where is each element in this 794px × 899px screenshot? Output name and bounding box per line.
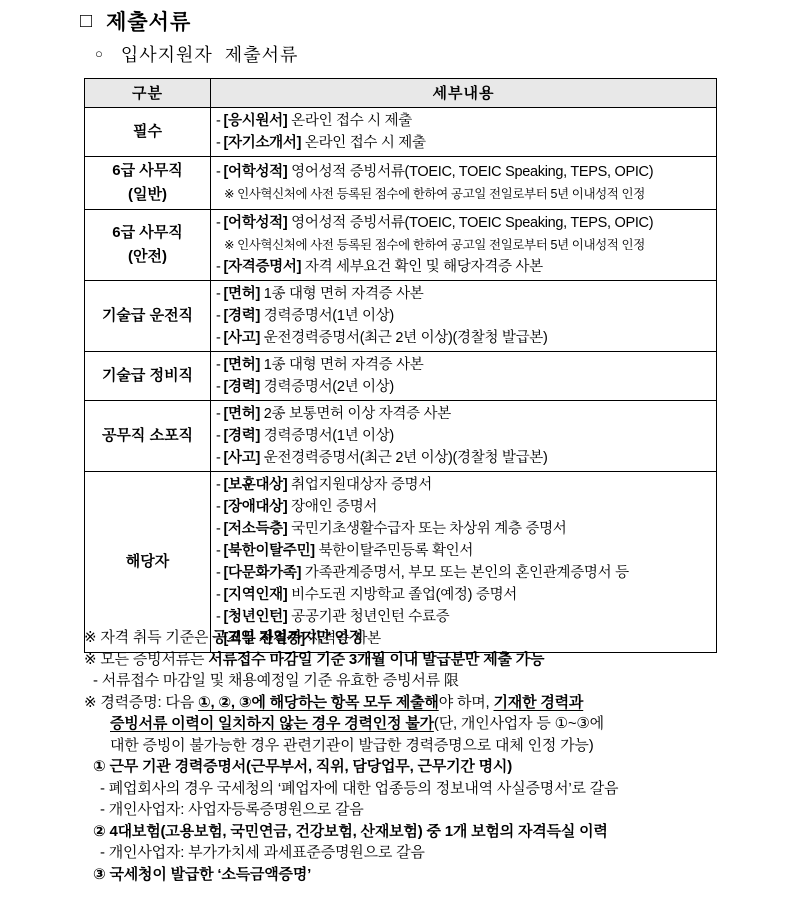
category-label: 공무직 소포직 (85, 424, 210, 448)
item-marker: - (216, 164, 224, 180)
document-page: □ 제출서류 ○ 입사지원자 제출서류 구분 세부내용 필수-[응시원서] 온라… (0, 0, 794, 899)
category-cell: 필수 (85, 108, 211, 157)
note-segment: ② 4대보험(고용보험, 국민연금, 건강보험, 산재보험) 중 1개 보험의 … (93, 823, 608, 840)
detail-item: -[어학성적] 영어성적 증빙서류(TOEIC, TOEIC Speaking,… (216, 212, 713, 234)
note-segment: 대한 증빙이 불가능한 경우 관련기관이 발급한 경력증명으로 대체 인정 가능… (110, 737, 594, 754)
note-segment: - 폐업회사의 경우 국세청의 ‘폐업자에 대한 업종등의 정보내역 사실증명서… (100, 780, 618, 797)
category-cell: 6급 사무직(일반) (85, 157, 211, 210)
category-cell: 공무직 소포직 (85, 401, 211, 472)
note-line: ※ 경력증명: 다음 ①, ②, ③에 해당하는 항목 모두 제출해야 하며, … (84, 692, 784, 714)
item-label: [면허] (224, 406, 260, 422)
note-line: ① 근무 기관 경력증명서(근무부서, 직위, 담당업무, 근무기간 명시) (84, 756, 784, 778)
details-cell: -[어학성적] 영어성적 증빙서류(TOEIC, TOEIC Speaking,… (211, 210, 717, 281)
category-label: (일반) (85, 183, 210, 207)
item-marker: - (216, 215, 224, 231)
note-segment: 야 하며, (439, 694, 494, 711)
item-text: 취업지원대상자 증명서 (291, 477, 432, 493)
detail-item: -[자격증명서] 자격 세부요건 확인 및 해당자격증 사본 (216, 256, 713, 278)
item-marker: - (216, 135, 224, 151)
table-row: 해당자-[보훈대상] 취업지원대상자 증명서-[장애대상] 장애인 증명서-[저… (85, 472, 717, 653)
category-label: 해당자 (85, 550, 210, 574)
item-label: [사고] (224, 330, 260, 346)
detail-item: ※인사혁신처에 사전 등록된 점수에 한하여 공고일 전일로부터 5년 이내성적… (216, 234, 713, 256)
category-cell: 해당자 (85, 472, 211, 653)
note-line: 대한 증빙이 불가능한 경우 관련기관이 발급한 경력증명으로 대체 인정 가능… (84, 735, 784, 757)
note-line: - 폐업회사의 경우 국세청의 ‘폐업자에 대한 업종등의 정보내역 사실증명서… (84, 778, 784, 800)
item-marker: - (216, 477, 224, 493)
table-header-row: 구분 세부내용 (85, 79, 717, 108)
column-header-category: 구분 (85, 79, 211, 108)
category-label: 6급 사무직 (85, 159, 210, 183)
item-marker: - (216, 357, 224, 373)
item-label: [면허] (224, 286, 260, 302)
column-header-details: 세부내용 (211, 79, 717, 108)
note-line: - 개인사업자: 부가가치세 과세표준증명원으로 갈음 (84, 842, 784, 864)
item-label: [보훈대상] (224, 477, 288, 493)
note-line: ② 4대보험(고용보험, 국민연금, 건강보험, 산재보험) 중 1개 보험의 … (84, 821, 784, 843)
note-segment: (단, 개인사업자 등 ①~③에 (434, 715, 604, 732)
detail-item: -[면허] 1종 대형 면허 자격증 사본 (216, 283, 713, 305)
detail-item: -[지역인재] 비수도권 지방학교 졸업(예정) 증명서 (216, 584, 713, 606)
note-line: ※ 자격 취득 기준은 공고일 전일까지만 인정 (84, 627, 784, 649)
section-heading: □ 제출서류 (80, 6, 191, 36)
item-marker: - (216, 450, 224, 466)
item-marker: - (216, 609, 224, 625)
detail-item: -[경력] 경력증명서(1년 이상) (216, 425, 713, 447)
item-label: [청년인턴] (224, 609, 288, 625)
note-segment: - 개인사업자: 사업자등록증명원으로 갈음 (100, 801, 364, 818)
detail-item: -[북한이탈주민] 북한이탈주민등록 확인서 (216, 540, 713, 562)
detail-item: -[보훈대상] 취업지원대상자 증명서 (216, 474, 713, 496)
item-label: [북한이탈주민] (224, 543, 315, 559)
item-label: [면허] (224, 357, 260, 373)
item-text: 운전경력증명서(최근 2년 이상)(경찰청 발급본) (264, 450, 548, 466)
category-label: 기술급 운전직 (85, 304, 210, 328)
detail-item: -[경력] 경력증명서(1년 이상) (216, 305, 713, 327)
submission-documents-table: 구분 세부내용 필수-[응시원서] 온라인 접수 시 제출-[자기소개서] 온라… (84, 78, 717, 653)
note-line: - 개인사업자: 사업자등록증명원으로 갈음 (84, 799, 784, 821)
item-marker: - (216, 330, 224, 346)
item-text: 온라인 접수 시 제출 (291, 113, 412, 129)
table-row: 필수-[응시원서] 온라인 접수 시 제출-[자기소개서] 온라인 접수 시 제… (85, 108, 717, 157)
square-bullet-icon: □ (80, 9, 92, 33)
details-cell: -[면허] 2종 보통면허 이상 자격증 사본-[경력] 경력증명서(1년 이상… (211, 401, 717, 472)
item-text: 가족관계증명서, 부모 또는 본인의 혼인관계증명서 등 (305, 565, 629, 581)
note-segment: ③ 국세청이 발급한 ‘소득금액증명’ (93, 866, 311, 883)
category-cell: 6급 사무직(안전) (85, 210, 211, 281)
category-cell: 기술급 정비직 (85, 352, 211, 401)
item-text: 1종 대형 면허 자격증 사본 (264, 286, 424, 302)
note-segment: 기재한 경력과 (494, 694, 584, 711)
item-marker: - (216, 521, 224, 537)
item-text: 장애인 증명서 (291, 499, 377, 515)
item-marker: - (216, 406, 224, 422)
note-segment: ※ 경력증명: 다음 (84, 694, 198, 711)
item-text: 자격 세부요건 확인 및 해당자격증 사본 (305, 259, 543, 275)
note-line: 증빙서류 이력이 일치하지 않는 경우 경력인정 불가(단, 개인사업자 등 ①… (84, 713, 784, 735)
note-segment: 서류접수 마감일 기준 3개월 이내 발급분만 제출 가능 (208, 651, 544, 668)
item-text: 경력증명서(1년 이상) (264, 308, 394, 324)
category-cell: 기술급 운전직 (85, 281, 211, 352)
item-marker: - (216, 565, 224, 581)
item-label: [경력] (224, 379, 260, 395)
details-cell: -[응시원서] 온라인 접수 시 제출-[자기소개서] 온라인 접수 시 제출 (211, 108, 717, 157)
details-cell: -[면허] 1종 대형 면허 자격증 사본-[경력] 경력증명서(2년 이상) (211, 352, 717, 401)
item-text: 경력증명서(1년 이상) (264, 428, 394, 444)
item-marker: - (216, 259, 224, 275)
item-text: 공공기관 청년인턴 수료증 (291, 609, 449, 625)
item-marker: - (216, 428, 224, 444)
item-label: [경력] (224, 308, 260, 324)
table-row: 기술급 정비직-[면허] 1종 대형 면허 자격증 사본-[경력] 경력증명서(… (85, 352, 717, 401)
detail-item: -[장애대상] 장애인 증명서 (216, 496, 713, 518)
detail-item: -[청년인턴] 공공기관 청년인턴 수료증 (216, 606, 713, 628)
page-title: 제출서류 (106, 6, 191, 36)
detail-item: -[응시원서] 온라인 접수 시 제출 (216, 110, 713, 132)
item-text: 영어성적 증빙서류(TOEIC, TOEIC Speaking, TEPS, O… (291, 164, 653, 180)
item-label: [어학성적] (224, 215, 288, 231)
item-text: 영어성적 증빙서류(TOEIC, TOEIC Speaking, TEPS, O… (291, 215, 653, 231)
item-label: [장애대상] (224, 499, 288, 515)
detail-item: -[사고] 운전경력증명서(최근 2년 이상)(경찰청 발급본) (216, 327, 713, 349)
detail-item: -[사고] 운전경력증명서(최근 2년 이상)(경찰청 발급본) (216, 447, 713, 469)
note-segment: ※ 모든 증빙서류는 (84, 651, 208, 668)
item-text: 인사혁신처에 사전 등록된 점수에 한하여 공고일 전일로부터 5년 이내성적 … (237, 187, 645, 201)
note-segment: 증빙서류 이력이 일치하지 않는 경우 경력인정 불가 (110, 715, 434, 732)
item-label: [지역인재] (224, 587, 288, 603)
category-label: 필수 (85, 120, 210, 144)
note-segment: 공고일 전일까지만 인정 (212, 629, 363, 646)
item-text: 국민기초생활수급자 또는 차상위 계층 증명서 (291, 521, 566, 537)
details-cell: -[보훈대상] 취업지원대상자 증명서-[장애대상] 장애인 증명서-[저소득층… (211, 472, 717, 653)
circle-bullet-icon: ○ (95, 43, 103, 65)
item-marker: - (216, 286, 224, 302)
table-row: 공무직 소포직-[면허] 2종 보통면허 이상 자격증 사본-[경력] 경력증명… (85, 401, 717, 472)
detail-item: -[자기소개서] 온라인 접수 시 제출 (216, 132, 713, 154)
footnotes: ※ 자격 취득 기준은 공고일 전일까지만 인정※ 모든 증빙서류는 서류접수 … (84, 627, 784, 885)
category-label: 6급 사무직 (85, 221, 210, 245)
detail-item: -[저소득층] 국민기초생활수급자 또는 차상위 계층 증명서 (216, 518, 713, 540)
item-text: 비수도권 지방학교 졸업(예정) 증명서 (291, 587, 517, 603)
item-marker: - (216, 499, 224, 515)
note-line: - 서류접수 마감일 및 채용예정일 기준 유효한 증빙서류 限 (84, 670, 784, 692)
note-segment: ① 근무 기관 경력증명서(근무부서, 직위, 담당업무, 근무기간 명시) (93, 758, 512, 775)
detail-item: -[면허] 2종 보통면허 이상 자격증 사본 (216, 403, 713, 425)
table-row: 6급 사무직(안전)-[어학성적] 영어성적 증빙서류(TOEIC, TOEIC… (85, 210, 717, 281)
item-marker: - (216, 587, 224, 603)
details-cell: -[어학성적] 영어성적 증빙서류(TOEIC, TOEIC Speaking,… (211, 157, 717, 210)
note-segment: ①, ②, ③에 해당하는 항목 모두 제출해 (198, 694, 439, 711)
item-marker: - (216, 379, 224, 395)
details-cell: -[면허] 1종 대형 면허 자격증 사본-[경력] 경력증명서(1년 이상)-… (211, 281, 717, 352)
item-marker: ※ (224, 238, 237, 252)
subsection-title: 입사지원자 제출서류 (121, 41, 299, 67)
category-label: (안전) (85, 245, 210, 269)
item-label: [어학성적] (224, 164, 288, 180)
item-label: [경력] (224, 428, 260, 444)
item-text: 2종 보통면허 이상 자격증 사본 (264, 406, 451, 422)
detail-item: ※인사혁신처에 사전 등록된 점수에 한하여 공고일 전일로부터 5년 이내성적… (216, 183, 713, 205)
subsection-heading: ○ 입사지원자 제출서류 (95, 41, 298, 67)
item-text: 경력증명서(2년 이상) (264, 379, 394, 395)
note-line: ③ 국세청이 발급한 ‘소득금액증명’ (84, 864, 784, 886)
item-label: [자격증명서] (224, 259, 302, 275)
item-label: [다문화가족] (224, 565, 302, 581)
item-marker: - (216, 543, 224, 559)
item-label: [자기소개서] (224, 135, 302, 151)
detail-item: -[어학성적] 영어성적 증빙서류(TOEIC, TOEIC Speaking,… (216, 161, 713, 183)
item-text: 인사혁신처에 사전 등록된 점수에 한하여 공고일 전일로부터 5년 이내성적 … (237, 238, 645, 252)
item-text: 운전경력증명서(최근 2년 이상)(경찰청 발급본) (264, 330, 548, 346)
item-marker: ※ (224, 187, 237, 201)
table-row: 6급 사무직(일반)-[어학성적] 영어성적 증빙서류(TOEIC, TOEIC… (85, 157, 717, 210)
item-label: [응시원서] (224, 113, 288, 129)
detail-item: -[경력] 경력증명서(2년 이상) (216, 376, 713, 398)
table-row: 기술급 운전직-[면허] 1종 대형 면허 자격증 사본-[경력] 경력증명서(… (85, 281, 717, 352)
item-marker: - (216, 113, 224, 129)
note-segment: - 서류접수 마감일 및 채용예정일 기준 유효한 증빙서류 限 (93, 672, 459, 689)
item-label: [사고] (224, 450, 260, 466)
item-marker: - (216, 308, 224, 324)
item-text: 온라인 접수 시 제출 (305, 135, 426, 151)
note-segment: - 개인사업자: 부가가치세 과세표준증명원으로 갈음 (100, 844, 425, 861)
item-text: 1종 대형 면허 자격증 사본 (264, 357, 424, 373)
note-line: ※ 모든 증빙서류는 서류접수 마감일 기준 3개월 이내 발급분만 제출 가능 (84, 649, 784, 671)
note-segment: ※ 자격 취득 기준은 (84, 629, 212, 646)
detail-item: -[면허] 1종 대형 면허 자격증 사본 (216, 354, 713, 376)
item-label: [저소득층] (224, 521, 288, 537)
item-text: 북한이탈주민등록 확인서 (319, 543, 474, 559)
category-label: 기술급 정비직 (85, 364, 210, 388)
detail-item: -[다문화가족] 가족관계증명서, 부모 또는 본인의 혼인관계증명서 등 (216, 562, 713, 584)
